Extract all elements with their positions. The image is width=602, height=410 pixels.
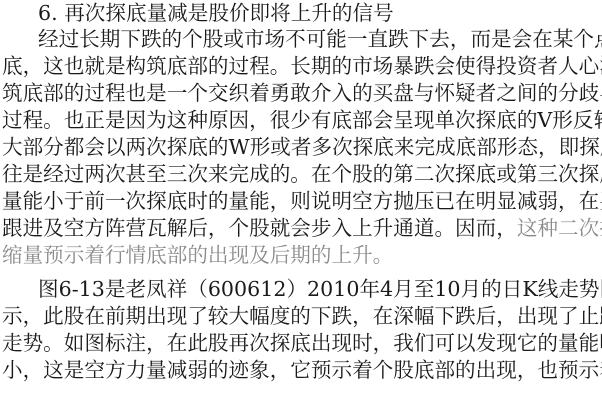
paragraph-1-line-6: 往是经过两次甚至三次来完成的。在个股的第二次探底或第三次探底时，若 [2, 161, 600, 187]
paragraph-1-line-9: 缩量预示着行情底部的出现及后期的上升。 [2, 242, 600, 268]
paragraph-1-line-2: 底，这也就是构筑底部的过程。长期的市场暴跌会使得投资者人心涣散，构 [2, 53, 600, 79]
paragraph-2-line-4: 小，这是空方力量减弱的迹象，它预示着个股底部的出现，也预示着后期股 [2, 357, 600, 383]
paragraph-1-line-8: 跟进及空方阵营瓦解后，个股就会步入上升通道。因而，这种二次探底时的 [2, 215, 600, 241]
section-heading: 6. 再次探底量减是股价即将上升的信号 [38, 0, 394, 26]
paragraph-2-line-1: 图6-13是老凤祥（600612）2010年4月至10月的日K线走势图。如图所 [38, 276, 600, 302]
paragraph-1-line-8-dark: 跟进及空方阵营瓦解后，个股就会步入上升通道。因而， [2, 216, 517, 240]
paragraph-1-line-7: 量能小于前一次探底时的量能，则说明空方抛压已在明显减弱，在买盘陆续 [2, 188, 600, 214]
paragraph-1-line-3: 筑底部的过程也是一个交织着勇敢介入的买盘与怀疑者之间的分歧与斗争的 [2, 80, 600, 106]
paragraph-1-line-5: 大部分都会以两次探底的W形或者多次探底来完成底部形态，即探底走势往 [2, 134, 600, 160]
document-page: 6. 再次探底量减是股价即将上升的信号 经过长期下跌的个股或市场不可能一直跌下去… [0, 0, 602, 410]
paragraph-2-line-2: 示，此股在前期出现了较大幅度的下跌，在深幅下跌后，出现了止跌横盘的 [2, 303, 600, 329]
paragraph-1-line-4: 过程。也正是因为这种原因，很少有底部会呈现单次探底的V形反转走势，绝 [2, 107, 600, 133]
paragraph-1-line-1: 经过长期下跌的个股或市场不可能一直跌下去，而是会在某个点位探 [38, 26, 600, 52]
paragraph-1-line-8-faded: 这种二次探底时的 [517, 216, 602, 240]
paragraph-2-line-3: 走势。如图标注，在此股再次探底出现时，我们可以发现它的量能明显缩 [2, 330, 600, 356]
